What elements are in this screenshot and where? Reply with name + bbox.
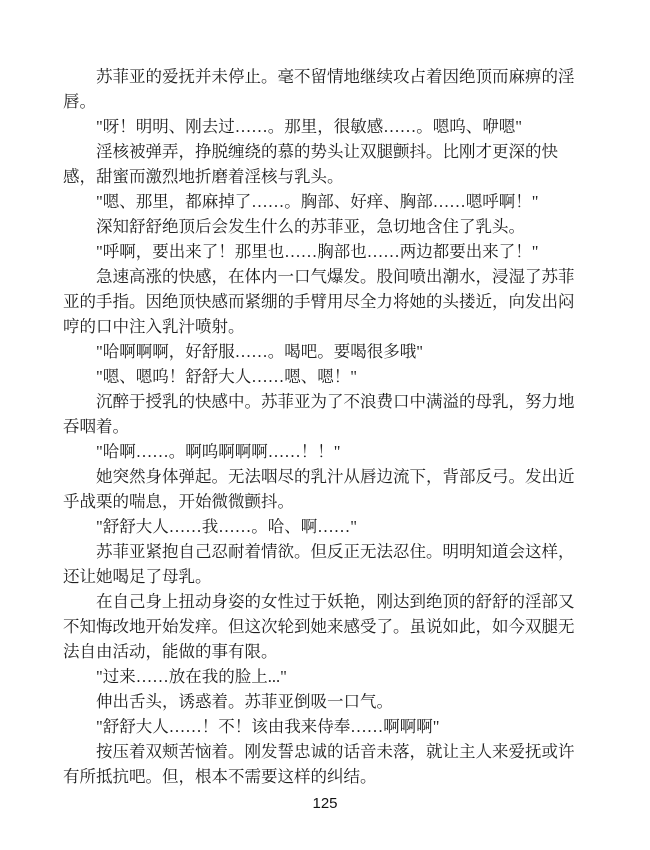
paragraph: 淫核被弹弄，挣脱缠绕的慕的势头让双腿颤抖。比刚才更深的快感，甜蜜而激烈地折磨着淫… xyxy=(63,139,583,189)
page-text-block: 苏菲亚的爱抚并未停止。毫不留情地继续攻占着因绝顶而麻痹的淫唇。 "呀！明明、刚去… xyxy=(63,64,583,789)
book-page: 苏菲亚的爱抚并未停止。毫不留情地继续攻占着因绝顶而麻痹的淫唇。 "呀！明明、刚去… xyxy=(0,0,650,850)
paragraph: 她突然身体弹起。无法咽尽的乳汁从唇边流下，背部反弓。发出近乎战栗的喘息，开始微微… xyxy=(63,464,583,514)
page-number: 125 xyxy=(0,795,650,812)
paragraph: "嗯、那里，都麻掉了……。胸部、好痒、胸部……嗯呼啊！" xyxy=(63,189,583,214)
paragraph: 深知舒舒绝顶后会发生什么的苏菲亚，急切地含住了乳头。 xyxy=(63,214,583,239)
paragraph: "哈啊……。啊呜啊啊啊……！！" xyxy=(63,439,583,464)
paragraph: 沉醉于授乳的快感中。苏菲亚为了不浪费口中满溢的母乳，努力地吞咽着。 xyxy=(63,389,583,439)
paragraph: 按压着双颊苦恼着。刚发誓忠诚的话音未落，就让主人来爱抚或许有所抵抗吧。但，根本不… xyxy=(63,739,583,789)
paragraph: 在自己身上扭动身姿的女性过于妖艳，刚达到绝顶的舒舒的淫部又不知悔改地开始发痒。但… xyxy=(63,589,583,664)
paragraph: "嗯、嗯呜！舒舒大人……嗯、嗯！" xyxy=(63,364,583,389)
paragraph: "舒舒大人……！不！该由我来侍奉……啊啊啊" xyxy=(63,714,583,739)
paragraph: "过来……放在我的脸上..." xyxy=(63,664,583,689)
paragraph: 苏菲亚的爱抚并未停止。毫不留情地继续攻占着因绝顶而麻痹的淫唇。 xyxy=(63,64,583,114)
paragraph: 急速高涨的快感，在体内一口气爆发。股间喷出潮水，浸湿了苏菲亚的手指。因绝顶快感而… xyxy=(63,264,583,339)
paragraph: "呼啊，要出来了！那里也……胸部也……两边都要出来了！" xyxy=(63,239,583,264)
paragraph: "呀！明明、刚去过……。那里，很敏感……。嗯呜、咿嗯" xyxy=(63,114,583,139)
paragraph: "舒舒大人……我……。哈、啊……" xyxy=(63,514,583,539)
paragraph: 苏菲亚紧抱自己忍耐着情欲。但反正无法忍住。明明知道会这样，还让她喝足了母乳。 xyxy=(63,539,583,589)
paragraph: "哈啊啊啊，好舒服……。喝吧。要喝很多哦" xyxy=(63,339,583,364)
paragraph: 伸出舌头，诱惑着。苏菲亚倒吸一口气。 xyxy=(63,689,583,714)
